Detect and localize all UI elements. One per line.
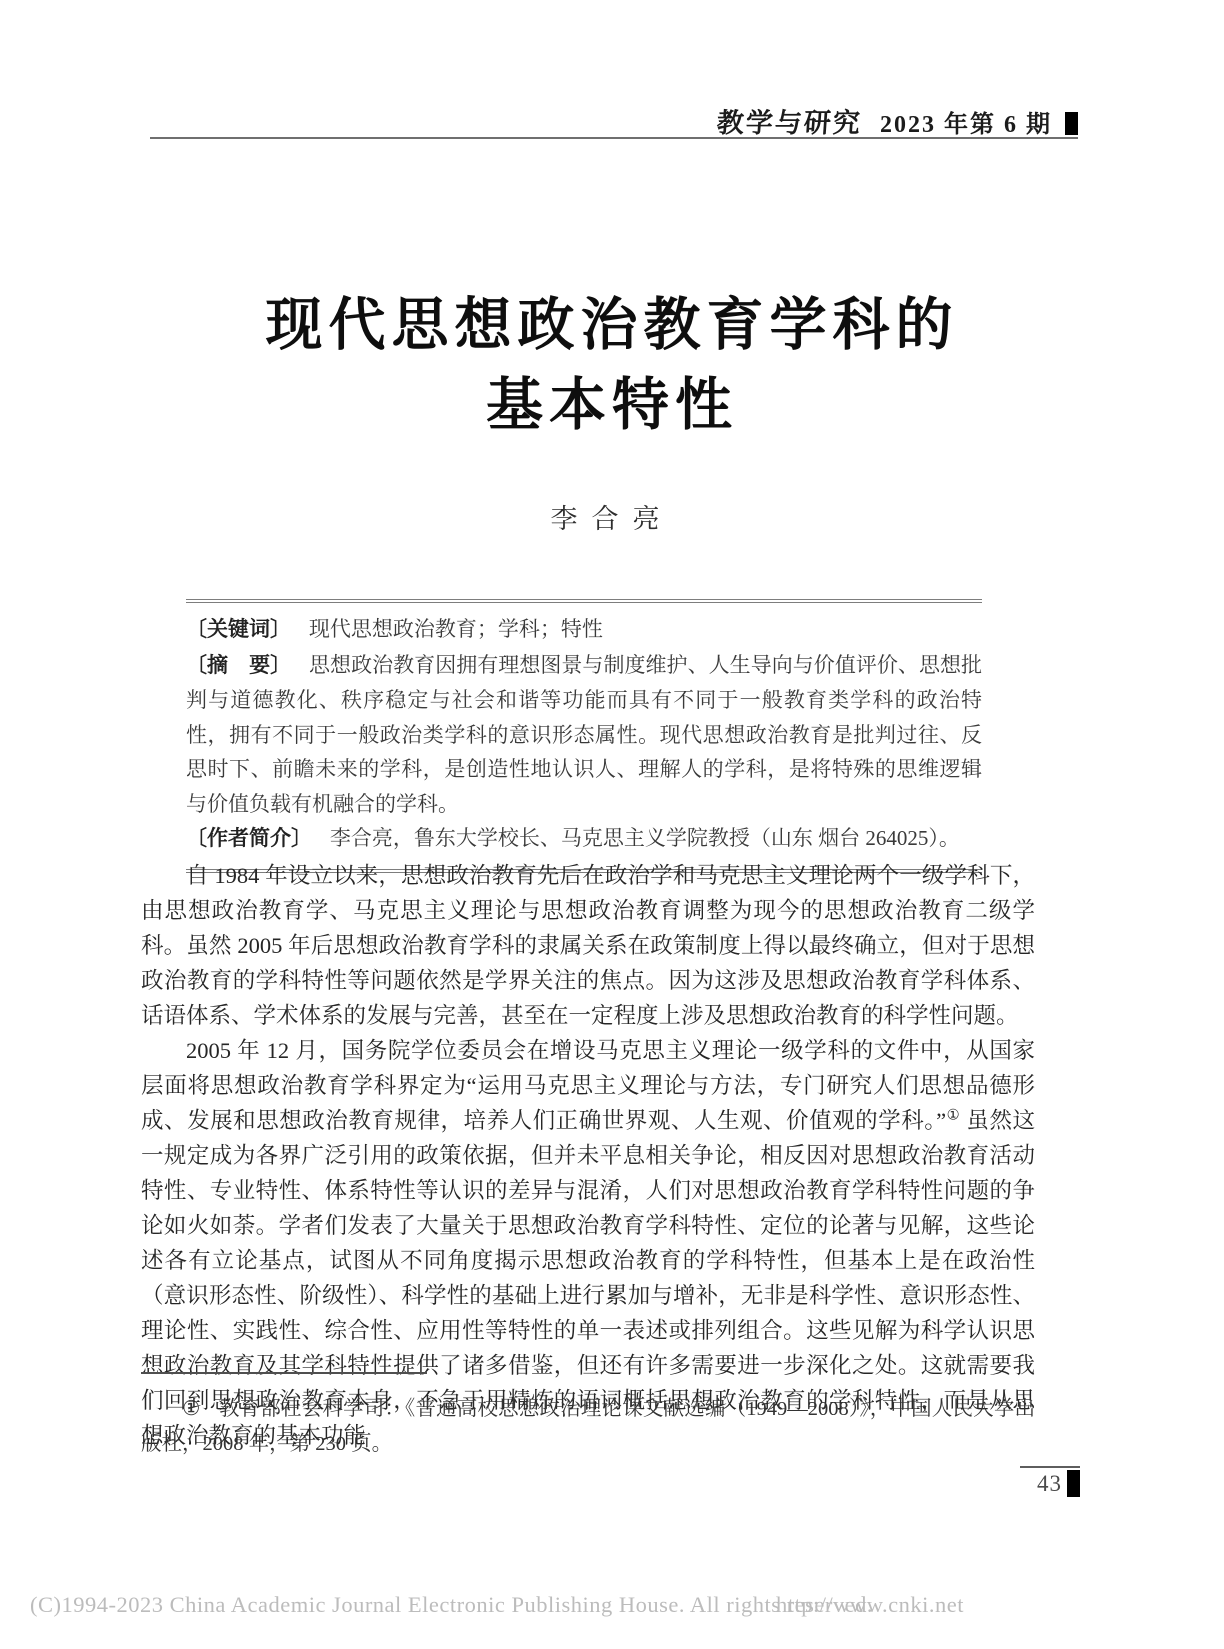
- journal-name: 教学与研究: [716, 101, 864, 140]
- header-rule: [150, 137, 1078, 139]
- author-bio-text: 李合亮，鲁东大学校长、马克思主义学院教授（山东 烟台 264025）。: [330, 826, 960, 850]
- author-name: 李合亮: [0, 497, 1224, 536]
- paragraph-2-text: 2005 年 12 月，国务院学位委员会在增设马克思主义理论一级学科的文件中，从…: [141, 1038, 1035, 1133]
- article-title-line1: 现代思想政治教育学科的: [0, 286, 1224, 366]
- author-bio-label: 〔作者简介〕: [186, 827, 312, 850]
- page-number-square-marker: [1067, 1470, 1080, 1497]
- footnote-marker: ①: [182, 1398, 201, 1420]
- journal-page: 教学与研究 2023 年第 6 期 现代思想政治教育学科的 基本特性 李合亮 〔…: [0, 0, 1224, 1649]
- page-number-block: 43: [1020, 1466, 1080, 1497]
- header-square-marker: [1065, 112, 1078, 135]
- abstract-box: 〔关键词〕现代思想政治教育；学科；特性 〔摘 要〕思想政治教育因拥有理想图景与制…: [186, 599, 982, 873]
- paragraph-1: 自 1984 年设立以来，思想政治教育先后在政治学和马克思主义理论两个一级学科下…: [141, 858, 1035, 1033]
- abstract-row: 〔摘 要〕思想政治教育因拥有理想图景与制度维护、人生导向与价值评价、思想批判与道…: [186, 648, 982, 822]
- page-header: 教学与研究 2023 年第 6 期: [150, 101, 1078, 140]
- footnote-reference-1: ①: [946, 1108, 960, 1124]
- footnote-1: ①教育部社会科学司：《普通高校思想政治理论课文献选编（1949—2008）》，中…: [141, 1392, 1035, 1462]
- abstract-label: 〔摘 要〕: [186, 654, 291, 677]
- keywords-text: 现代思想政治教育；学科；特性: [309, 617, 603, 641]
- keywords-label: 〔关键词〕: [186, 618, 291, 641]
- copyright-notice: (C)1994-2023 China Academic Journal Elec…: [30, 1592, 873, 1618]
- abstract-text: 思想政治教育因拥有理想图景与制度维护、人生导向与价值评价、思想批判与道德教化、秩…: [186, 653, 982, 816]
- page-number: 43: [1037, 1471, 1062, 1497]
- keywords-row: 〔关键词〕现代思想政治教育；学科；特性: [186, 612, 982, 648]
- article-title: 现代思想政治教育学科的 基本特性: [0, 286, 1224, 446]
- paragraph-2: 2005 年 12 月，国务院学位委员会在增设马克思主义理论一级学科的文件中，从…: [141, 1033, 1035, 1453]
- footnote-separator: [141, 1372, 427, 1374]
- author-bio-row: 〔作者简介〕李合亮，鲁东大学校长、马克思主义学院教授（山东 烟台 264025）…: [186, 821, 982, 857]
- article-body: 自 1984 年设立以来，思想政治教育先后在政治学和马克思主义理论两个一级学科下…: [141, 858, 1035, 1453]
- footnote-text: 教育部社会科学司：《普通高校思想政治理论课文献选编（1949—2008）》，中国…: [141, 1398, 1035, 1455]
- article-title-line2: 基本特性: [0, 366, 1224, 446]
- issue-info: 2023 年第 6 期: [880, 112, 1052, 138]
- cnki-url: http://www.cnki.net: [776, 1592, 964, 1618]
